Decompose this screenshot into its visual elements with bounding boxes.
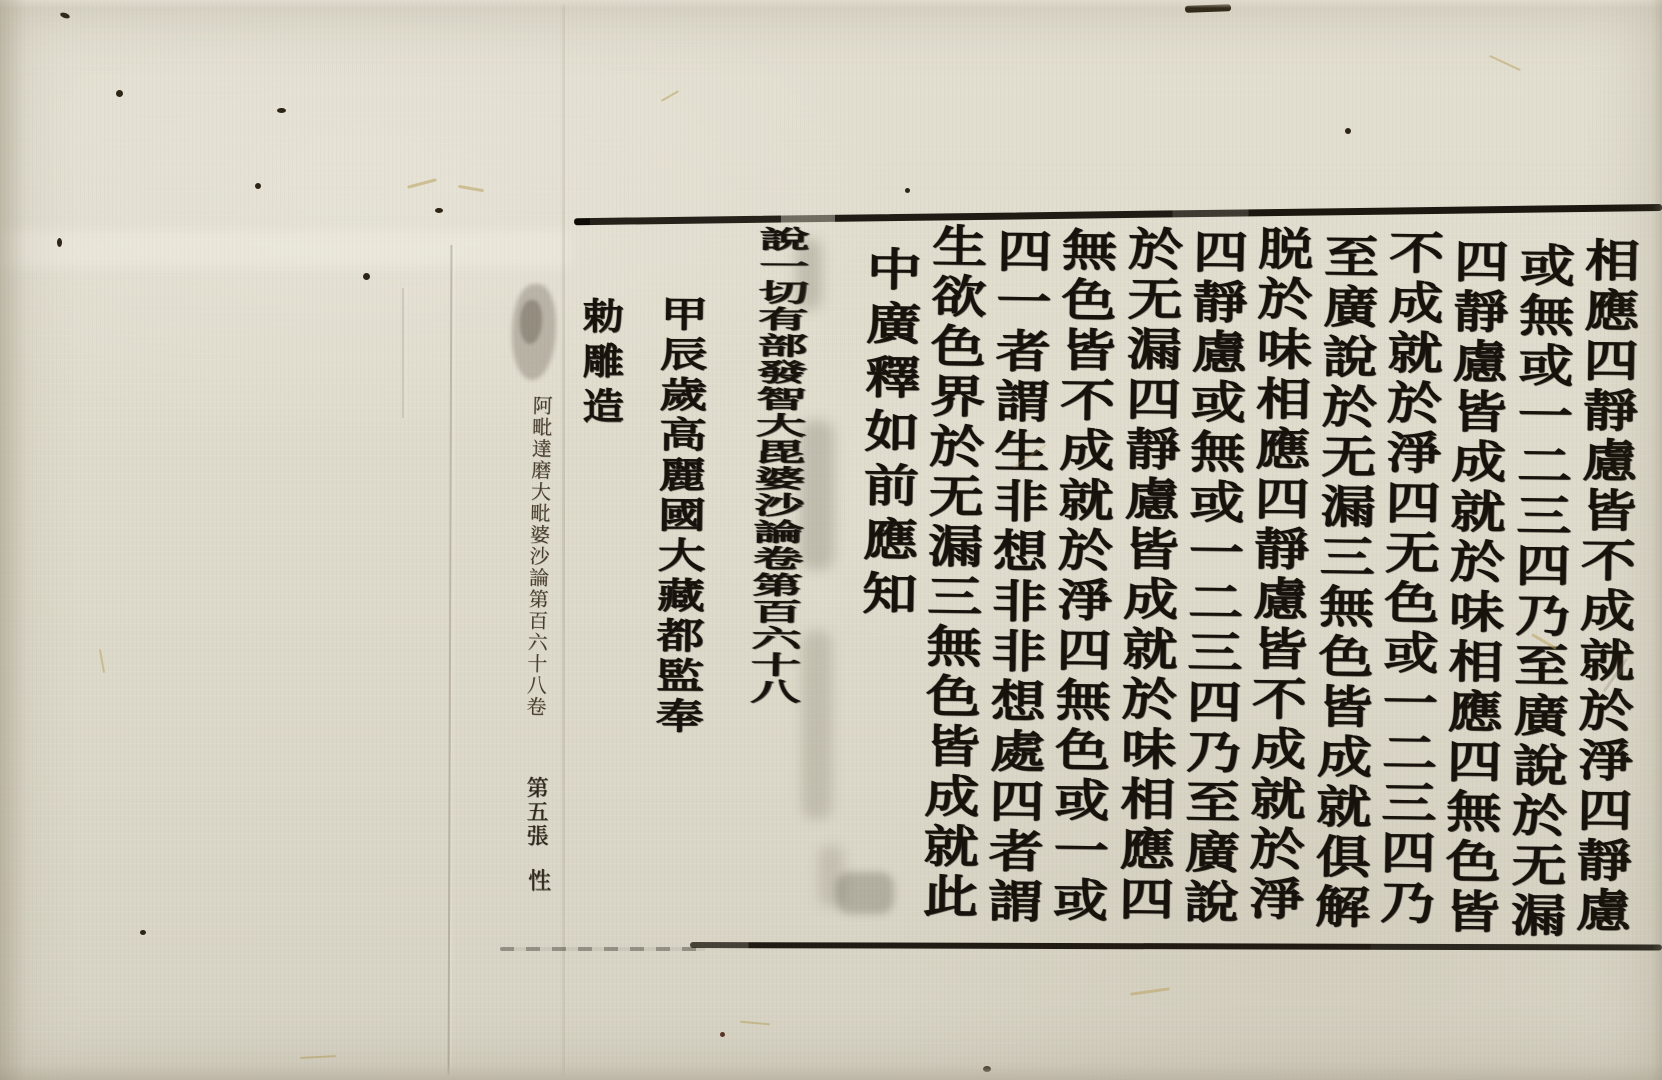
- text-column-7: 四靜慮或無或一二三四乃至廣說: [1173, 228, 1244, 929]
- paper-fiber: [661, 90, 679, 102]
- text-column-2: 或無或一二三四乃至廣說於无漏: [1500, 241, 1571, 942]
- paper-light-band: [0, 230, 570, 268]
- text-column-5: 至廣說於无漏三無色皆成就俱解: [1304, 233, 1375, 934]
- photo-edge-right: [1652, 0, 1662, 1080]
- text-column-3: 四靜慮皆成就於味相應四無色皆: [1434, 237, 1505, 938]
- printed-bottom-border-faint: [500, 947, 705, 951]
- paper-speck: [435, 208, 443, 213]
- paper-fiber: [300, 1055, 336, 1059]
- bleed-through-mark: [800, 420, 834, 570]
- colophon-carving-column: 甲辰歲高麗國大藏都監奉: [647, 295, 705, 738]
- paper-speck: [59, 11, 70, 19]
- text-column-8: 於无漏四靜慮皆成就於味相應四: [1108, 225, 1179, 926]
- text-column-11: 生欲色界於无漏三無色皆成就此: [912, 222, 983, 923]
- bleed-through-mark: [802, 630, 832, 820]
- paper-fiber: [740, 1021, 770, 1026]
- paper-speck: [57, 238, 62, 247]
- paper-speck: [905, 188, 910, 193]
- text-column-12: 中廣釋如前應知: [851, 245, 917, 624]
- bleed-through-mark: [836, 872, 894, 914]
- sheet-number-mark: 第五張: [512, 776, 546, 848]
- text-column-4: 不成就於淨四无色或一二三四乃: [1369, 228, 1440, 929]
- ink-smudge: [520, 300, 542, 344]
- scanned-sutra-page: 相應四靜慮皆不成就於淨四靜慮 或無或一二三四乃至廣說於无漏 四靜慮皆成就於味相應…: [0, 0, 1662, 1080]
- photo-edge-bottom: [0, 1064, 1662, 1080]
- paper-fiber: [458, 185, 484, 192]
- bleed-through-mark: [796, 238, 822, 310]
- paper-fiber: [1489, 55, 1521, 71]
- handwritten-title-annotation: 阿毗達磨大毗婆沙論第百六十八卷: [515, 395, 552, 718]
- paper-speck: [255, 183, 261, 189]
- case-character-mark: 性: [514, 868, 548, 891]
- paper-speck: [363, 273, 370, 280]
- fold-crease: [402, 288, 404, 418]
- main-text-block: 相應四靜慮皆不成就於淨四靜慮 或無或一二三四乃至廣說於无漏 四靜慮皆成就於味相應…: [830, 217, 1662, 968]
- paper-speck: [720, 1032, 725, 1037]
- paper-speck: [277, 108, 286, 113]
- text-column-10: 四一者謂生非想非非想處四者謂: [977, 227, 1048, 928]
- photo-edge-left: [0, 0, 26, 1080]
- sheet-left-edge: [562, 4, 565, 1076]
- text-column-1: 相應四靜慮皆不成就於淨四靜慮: [1565, 236, 1636, 937]
- text-column-9: 無色皆不成就於淨四無色或一或: [1042, 226, 1113, 927]
- paper-fiber: [407, 178, 437, 189]
- text-column-6: 脱於味相應四靜慮皆不成就於淨: [1238, 225, 1309, 926]
- ink-smudge: [512, 284, 556, 380]
- photo-edge-top: [0, 0, 1662, 8]
- paper-fiber: [1130, 987, 1170, 996]
- paper-fiber: [99, 649, 105, 673]
- paper-speck: [140, 930, 146, 935]
- paper-speck: [116, 90, 123, 97]
- fold-crease: [448, 245, 453, 1075]
- colophon-carving-continuation: 勅雕造: [575, 297, 621, 432]
- paper-speck: [1345, 128, 1351, 134]
